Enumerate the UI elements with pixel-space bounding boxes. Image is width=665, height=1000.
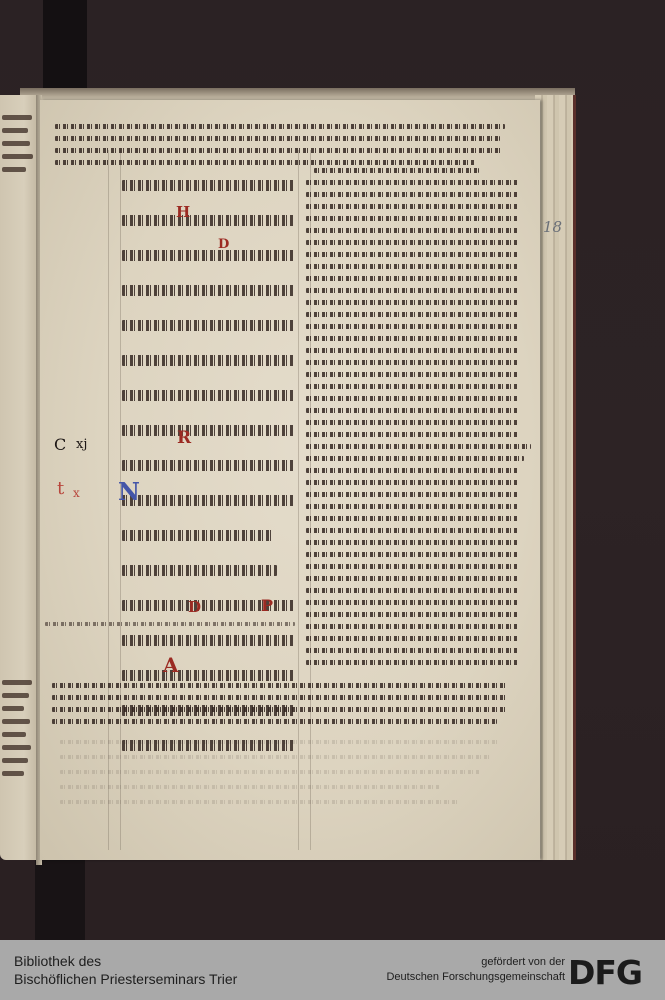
funding-credit: gefördert von der Deutschen Forschungsge… <box>386 955 565 985</box>
margin-mark: C <box>54 435 66 454</box>
book-top-edge <box>20 88 575 100</box>
margin-mark: x <box>73 486 80 500</box>
manuscript-scan: 18 <box>0 0 665 940</box>
library-line-2: Bischöflichen Priesterseminars Trier <box>14 970 237 988</box>
funding-line-2: Deutschen Forschungsgemeinschaft <box>386 970 565 985</box>
funding-line-1: gefördert von der <box>386 955 565 970</box>
rubric-initial: A <box>163 653 179 677</box>
rubric-initial: R <box>177 428 191 448</box>
recto-page: 18 <box>40 100 540 860</box>
library-line-1: Bibliothek des <box>14 952 237 970</box>
margin-mark: t <box>57 478 64 499</box>
dfg-logo: DFG <box>568 953 642 992</box>
top-gloss-block <box>55 124 505 172</box>
bleed-through-text <box>60 740 510 815</box>
margin-mark: xj <box>76 437 87 452</box>
background-shadow <box>43 0 87 100</box>
rubric-initial: D <box>188 598 201 616</box>
background-shadow <box>35 860 85 940</box>
page-stack-edge <box>535 95 576 860</box>
library-credit: Bibliothek des Bischöflichen Priestersem… <box>14 952 237 988</box>
interlinear-gloss <box>45 622 300 636</box>
verso-page-edge <box>0 95 40 860</box>
bottom-gloss-block <box>52 683 512 731</box>
rubric-initial: D <box>218 237 229 252</box>
footer-bar: Bibliothek des Bischöflichen Priestersem… <box>0 940 665 1000</box>
commentary-column <box>306 168 530 672</box>
rubric-initial: P <box>261 596 273 615</box>
folio-number: 18 <box>543 218 562 236</box>
rubric-initial: H <box>176 203 190 221</box>
blue-initial: N <box>118 477 140 506</box>
